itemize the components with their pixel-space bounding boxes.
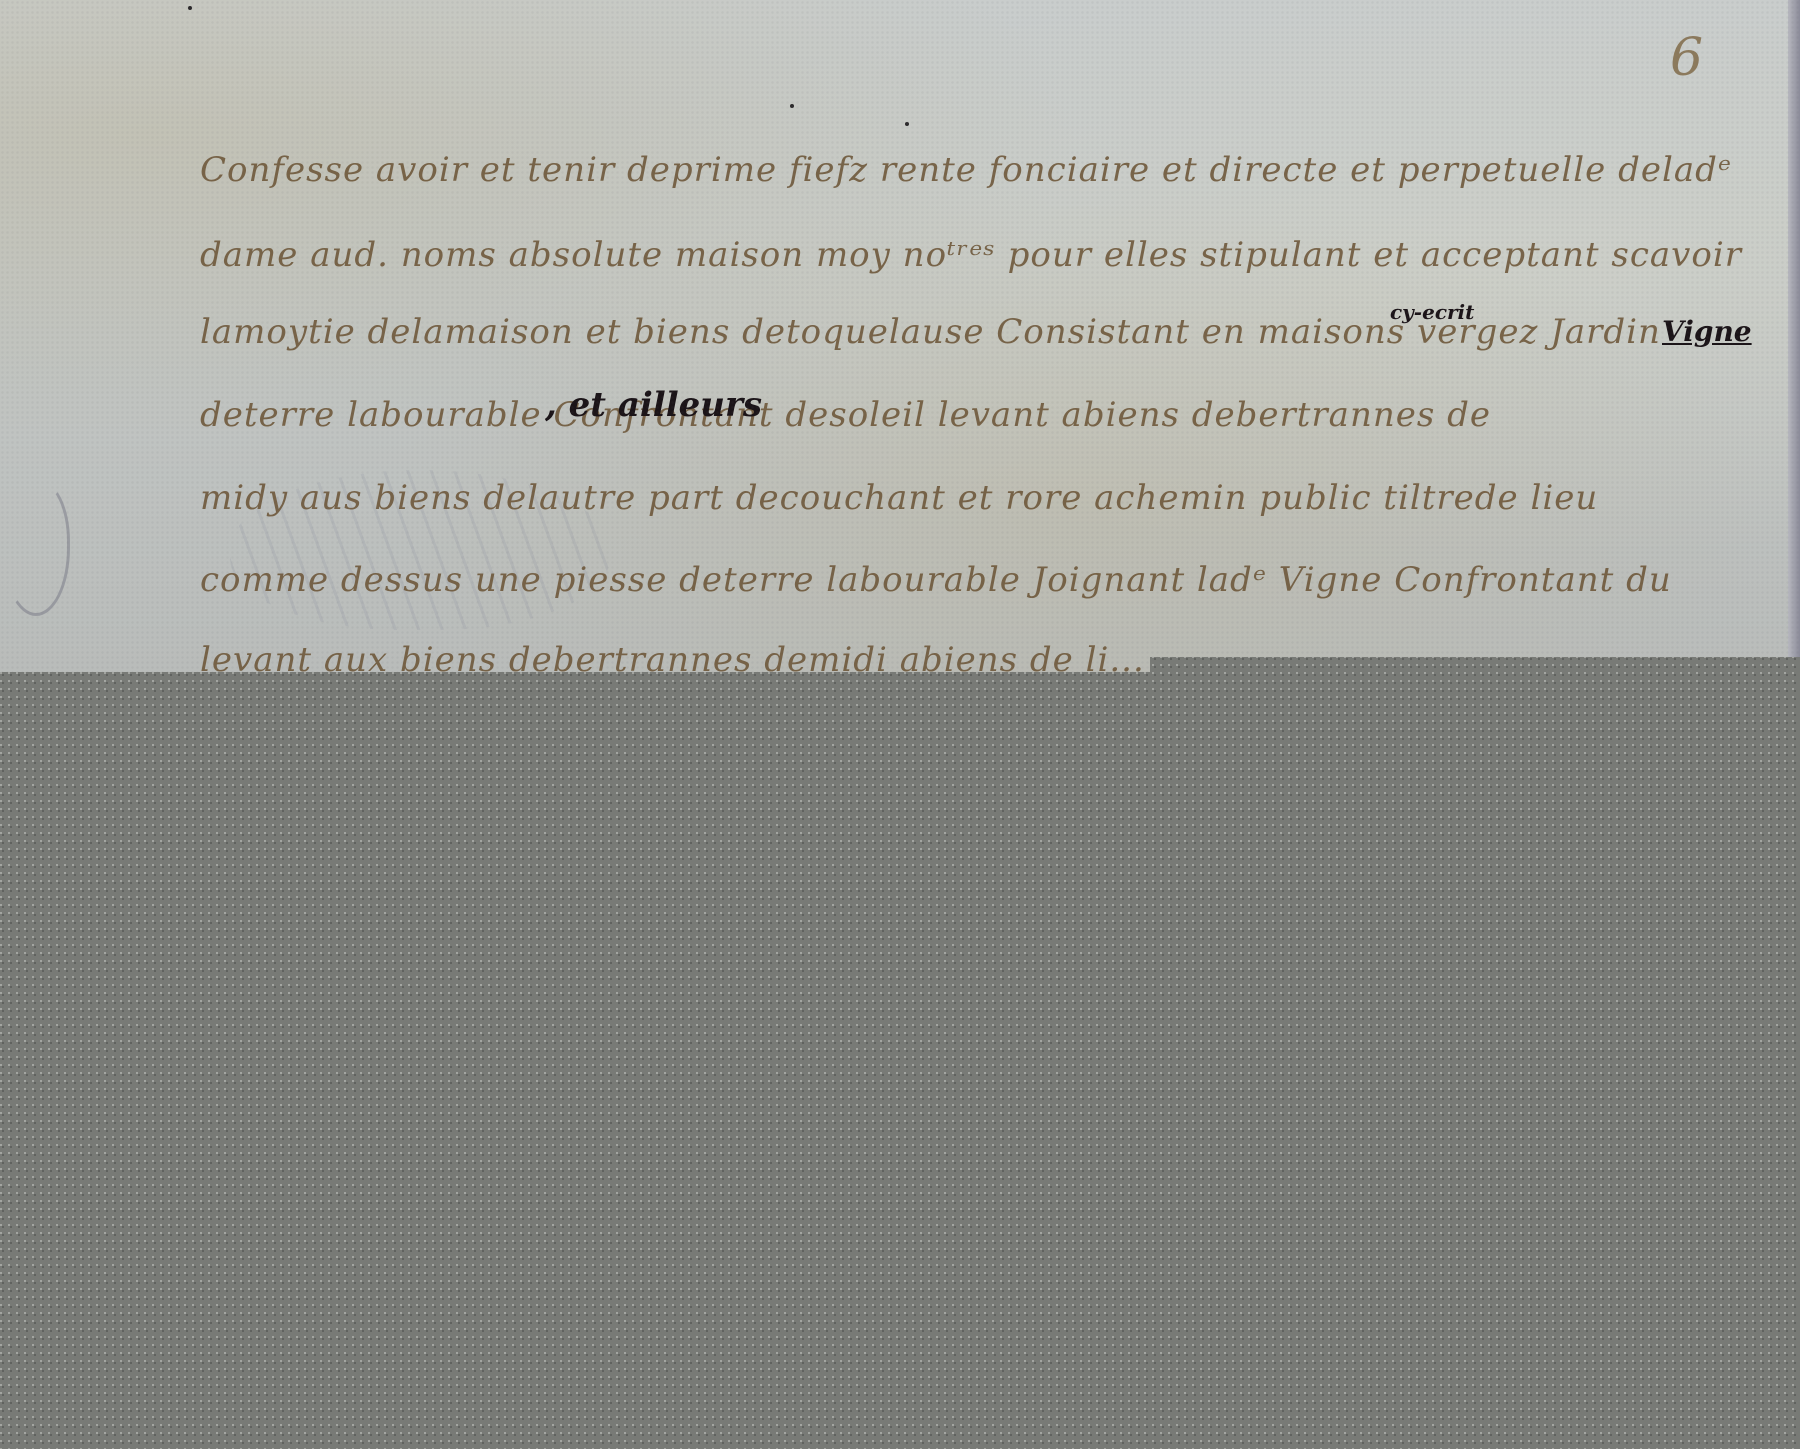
ink-speck [188,6,192,10]
ink-speck [905,122,909,126]
page-edge [1788,0,1800,657]
text-line-2: dame aud. noms absolute maison moy noᵗʳᵉ… [200,235,1742,275]
manuscript-photo: 6 Confesse avoir et tenir deprime fiefz … [0,0,1800,672]
text-line-5: midy aus biens delautre part decouchant … [200,478,1598,518]
annotation-insertion: , et ailleurs [545,385,762,425]
ink-speck [790,104,794,108]
text-line-4: deterre labourable Confrontant desoleil … [200,395,1491,435]
margin-mark [2,480,70,616]
text-line-6: comme dessus une piesse deterre labourab… [200,560,1672,600]
annotation-above-maisons: cy-ecrit [1390,300,1474,324]
text-line-1: Confesse avoir et tenir deprime fiefz re… [200,150,1732,190]
annotation-vigne: Vigne [1662,315,1752,348]
text-line-7: levant aux biens debertrannes demidi abi… [200,640,1145,680]
page-number: 6 [1670,28,1703,88]
